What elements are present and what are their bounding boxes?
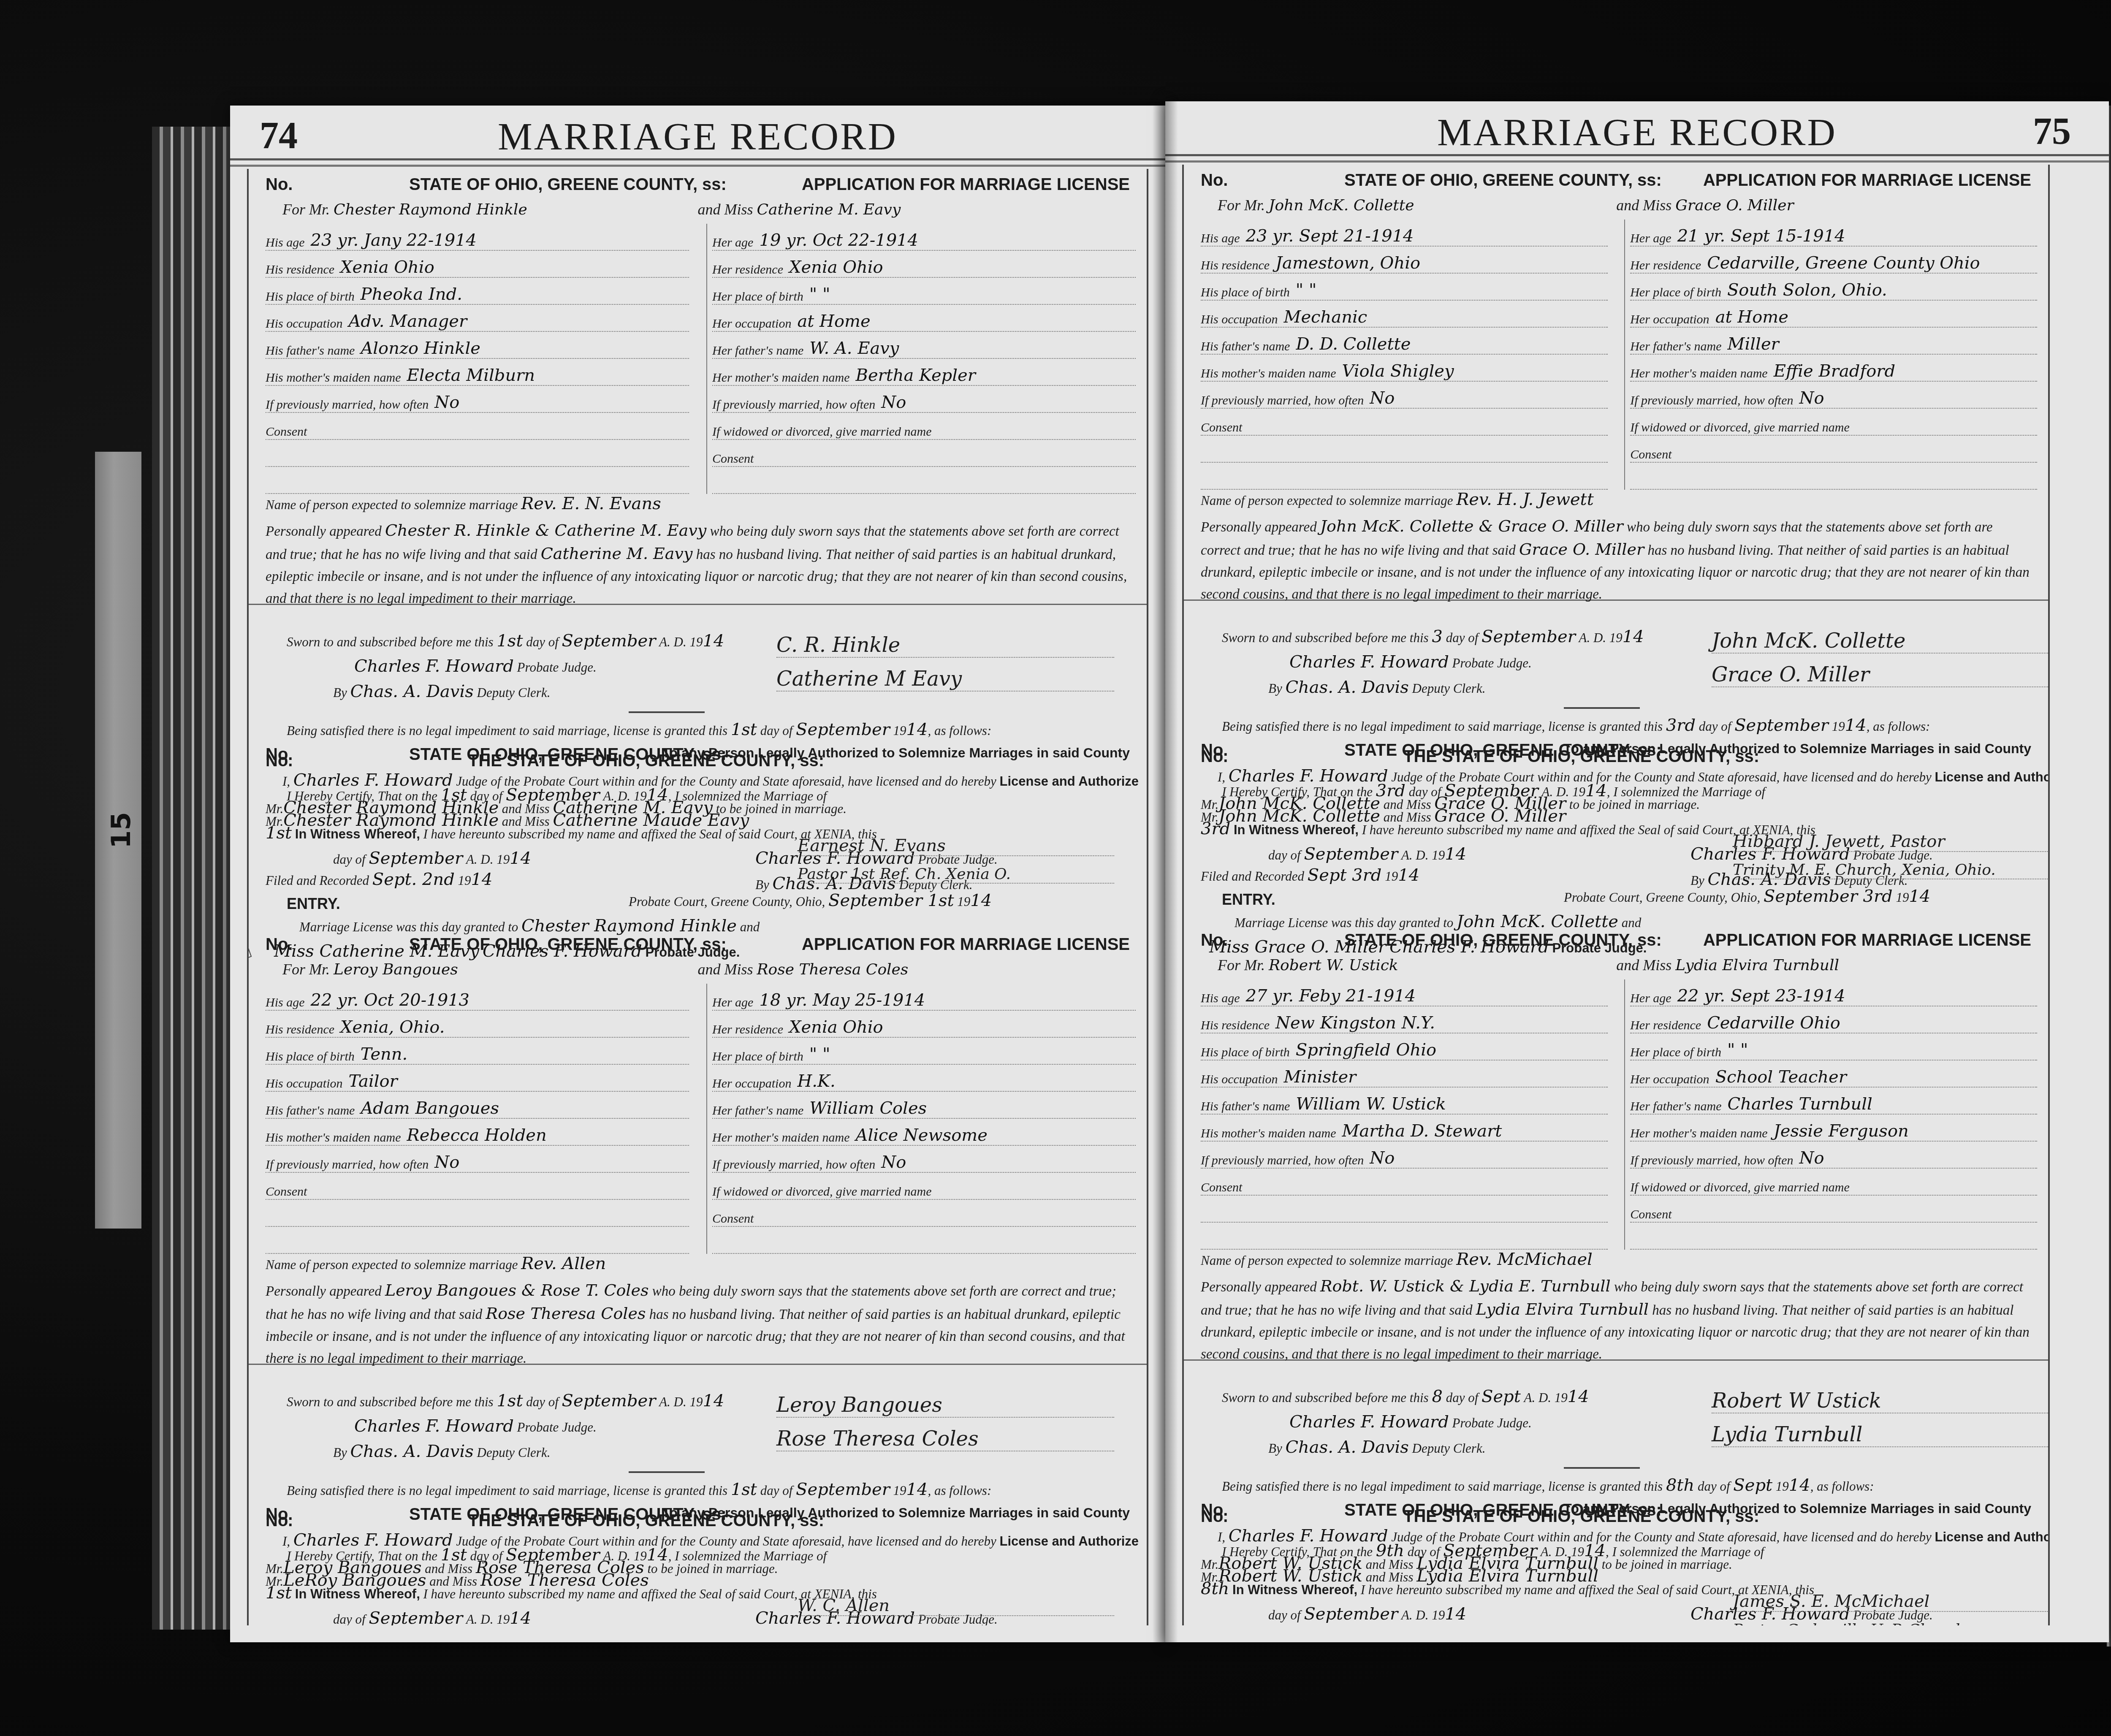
judge-signature: Charles F. Howard: [354, 656, 514, 676]
field-label: Consent: [266, 1185, 307, 1199]
field-label: His father's name: [1201, 339, 1290, 354]
field-label: Consent: [1201, 420, 1242, 435]
field-label: His residence: [1201, 1018, 1270, 1033]
field-value: at Home: [1715, 307, 1788, 327]
form-label: Deputy Clerk.: [477, 685, 551, 700]
handwritten-entry: 14: [1585, 781, 1607, 800]
groom-signature: Leroy Bangoues: [776, 1393, 1114, 1418]
form-label: Mr.: [266, 1574, 283, 1589]
form-field-row: Her age22 yr. Sept 23-1914: [1630, 979, 2037, 1006]
form-field-row: Her residenceCedarville Ohio: [1630, 1006, 2037, 1033]
handwritten-entry: 14: [703, 631, 724, 651]
applicant-fields: His age27 yr. Feby 21-1914His residenceN…: [1201, 979, 2031, 1241]
form-label: , I solemnized the Marriage of: [1607, 784, 1765, 799]
form-field-row: Her residenceXenia Ohio: [712, 1011, 1136, 1038]
applicant-fields: His age22 yr. Oct 20-1913His residenceXe…: [266, 984, 1130, 1245]
witness-date-line: day of September A. D. 1914: [333, 849, 531, 868]
field-label: His age: [1201, 231, 1240, 246]
form-label: Being satisfied there is no legal impedi…: [1222, 1479, 1663, 1494]
handwritten-entry: September: [369, 849, 463, 868]
handwritten-entry: 14: [906, 720, 928, 739]
page-header: 74 MARRIAGE RECORD: [230, 106, 1165, 156]
license-granted-line: Being satisfied there is no legal impedi…: [1222, 1476, 1874, 1495]
officiant-signature: Earnest N. Evans: [798, 836, 1114, 856]
solemnizer-name: Rev. E. N. Evans: [521, 494, 661, 513]
form-label: day of: [1698, 1479, 1730, 1494]
form-field-row: His father's nameWilliam W. Ustick: [1201, 1088, 1608, 1115]
solemnizer-line: Name of person expected to solemnize mar…: [266, 1254, 606, 1273]
book-gutter: [1153, 101, 1178, 1642]
officiant-title: Trinity M. E. Church, Xenia, Ohio.: [1733, 861, 2049, 879]
form-field-row: Consent: [1201, 1169, 1608, 1196]
field-label: Her father's name: [712, 344, 803, 358]
field-value: W. A. Eavy: [809, 339, 899, 358]
form-field-row: His father's nameAlonzo Hinkle: [266, 332, 689, 359]
judge-line: Charles F. Howard Probate Judge.: [1289, 1412, 1532, 1432]
field-value: School Teacher: [1715, 1067, 1847, 1087]
ornament-divider: [629, 711, 705, 713]
handwritten-entry: Grace O. Miller: [1434, 806, 1566, 826]
form-field-row: Her occupationH.K.: [712, 1065, 1136, 1092]
handwritten-entry: 14: [1445, 844, 1466, 864]
handwritten-entry: 14: [1584, 1541, 1606, 1560]
bride-name-wrap: and Miss Rose Theresa Coles: [697, 960, 908, 978]
field-value: Minister: [1283, 1067, 1356, 1087]
filed-line: Filed and Recorded Sept 3rd 1914: [1201, 865, 1419, 885]
handwritten-entry: September: [1444, 781, 1538, 800]
appeared-names: Leroy Bangoues & Rose T. Coles: [385, 1281, 649, 1299]
field-label: Consent: [1630, 448, 1671, 462]
form-label: 19: [1832, 719, 1845, 734]
handwritten-entry: 14: [1789, 1476, 1810, 1495]
handwritten-entry: LeRoy Bangoues: [283, 1571, 426, 1590]
form-label: By: [1268, 681, 1282, 696]
form-label: day of: [1446, 630, 1479, 645]
handwritten-entry: 1st: [731, 1480, 757, 1499]
license-authorize: License and Authorize: [1935, 1530, 2050, 1544]
officiant-signature: James S. E. McMichael: [1733, 1592, 2049, 1612]
form-field-row: His place of birthSpringfield Ohio: [1201, 1033, 1608, 1061]
form-label: A. D. 19: [603, 789, 646, 803]
form-label: , I solemnized the Marriage of: [668, 789, 827, 803]
field-value: South Solon, Ohio.: [1727, 280, 1887, 300]
couple-names: For Mr. Chester Raymond Hinkleand Miss C…: [282, 201, 1130, 218]
field-value: Bertha Kepler: [856, 366, 976, 385]
handwritten-entry: 14: [510, 849, 531, 868]
form-field-row: If widowed or divorced, give married nam…: [712, 413, 1136, 440]
affidavit-paragraph: Personally appeared Robt. W. Ustick & Ly…: [1201, 1275, 2031, 1365]
field-label: Her place of birth: [1630, 285, 1721, 300]
form-label: Personally appeared: [1201, 520, 1317, 535]
entry-date-line: Probate Court, Greene County, Ohio, Sept…: [1564, 887, 1930, 906]
field-label: Her occupation: [1630, 1072, 1709, 1087]
form-field-row: Consent: [1630, 436, 2037, 463]
field-value: No: [434, 1153, 459, 1172]
applicant-fields: His age23 yr. Sept 21-1914His residenceJ…: [1201, 220, 2031, 481]
field-label: His father's name: [1201, 1099, 1290, 1114]
form-label: , as follows:: [1867, 719, 1930, 734]
field-value: No: [434, 393, 459, 412]
form-field-row: If previously married, how oftenNo: [1630, 382, 2037, 409]
application-heading: APPLICATION FOR MARRIAGE LICENSE: [1703, 171, 2031, 190]
field-value: " ": [1296, 280, 1317, 300]
solemnizer-line: Name of person expected to solemnize mar…: [1201, 490, 1594, 509]
field-value: Electa Milburn: [407, 366, 535, 385]
form-field-row: If previously married, how oftenNo: [1201, 1142, 1608, 1169]
field-label: Her age: [712, 236, 753, 250]
officiant-signature: W. C. Allen: [798, 1596, 1114, 1616]
handwritten-entry: Chester Raymond Hinkle: [283, 811, 499, 830]
judge-line: Charles F. Howard Probate Judge.: [1289, 652, 1532, 672]
header-rule: [1165, 154, 2109, 163]
form-label: Deputy Clerk.: [1412, 1441, 1486, 1456]
form-field-row: [712, 1227, 1136, 1254]
appeared-names: Chester R. Hinkle & Catherine M. Eavy: [385, 521, 706, 540]
certify-line: I Hereby Certify, That on the 1st day of…: [287, 1545, 827, 1565]
handwritten-entry: 1st: [497, 1391, 523, 1410]
field-value: " ": [809, 285, 830, 304]
form-field-row: His age27 yr. Feby 21-1914: [1201, 979, 1608, 1006]
form-label: Probate Court, Greene County, Ohio,: [1564, 890, 1760, 905]
application-heading: APPLICATION FOR MARRIAGE LICENSE: [802, 935, 1130, 954]
form-label: 19: [893, 723, 906, 738]
the-state-heading: THE STATE OF OHIO, GREENE COUNTY, ss:: [468, 1511, 824, 1530]
couple-names: For Mr. Leroy Bangouesand Miss Rose Ther…: [282, 960, 1130, 978]
groom-fields: His age23 yr. Sept 21-1914His residenceJ…: [1201, 220, 1608, 490]
form-label: Personally appeared: [266, 1284, 382, 1299]
form-label: Name of person expected to solemnize mar…: [266, 497, 518, 512]
state-heading: STATE OF OHIO, GREENE COUNTY, ss:: [1344, 171, 1662, 190]
record-number-label: No.: [1201, 1507, 1228, 1526]
field-label: Her residence: [712, 1023, 783, 1037]
form-label: For Mr.: [282, 961, 330, 978]
field-label: Her residence: [712, 263, 783, 277]
bride-signature: Rose Theresa Coles: [776, 1427, 1114, 1451]
form-label: Sworn to and subscribed before me this: [287, 635, 494, 649]
field-value: Charles Turnbull: [1728, 1094, 1872, 1114]
form-field-row: If previously married, how oftenNo: [712, 386, 1136, 413]
field-value: 23 yr. Jany 22-1914: [311, 231, 477, 250]
form-label: Sworn to and subscribed before me this: [1222, 630, 1429, 645]
groom-fields: His age27 yr. Feby 21-1914His residenceN…: [1201, 979, 1608, 1250]
form-label: Probate Judge.: [517, 1420, 597, 1435]
form-label: day of: [1268, 848, 1301, 863]
form-label: Personally appeared: [266, 524, 382, 539]
form-field-row: Her father's nameMiller: [1630, 328, 2037, 355]
form-label: Filed and Recorded: [266, 873, 369, 888]
form-field-row: His mother's maiden nameRebecca Holden: [266, 1119, 689, 1146]
field-value: D. D. Collette: [1296, 334, 1411, 354]
record-number-label: No.: [1201, 171, 1228, 190]
form-field-row: If widowed or divorced, give married nam…: [1630, 1169, 2037, 1196]
couple-names: For Mr. John McK. Colletteand Miss Grace…: [1218, 196, 2031, 214]
field-label: Her occupation: [1630, 312, 1709, 327]
groom-signature: C. R. Hinkle: [776, 633, 1114, 658]
field-label: His place of birth: [1201, 285, 1290, 300]
form-field-row: [1201, 463, 1608, 490]
field-label: If previously married, how often: [1630, 393, 1793, 408]
field-label: His age: [1201, 991, 1240, 1006]
form-label: Being satisfied there is no legal impedi…: [287, 723, 727, 738]
form-field-row: Her place of birth" ": [712, 1038, 1136, 1065]
field-label: If widowed or divorced, give married nam…: [712, 425, 932, 439]
appeared-names: John McK. Collette & Grace O. Miller: [1320, 517, 1623, 535]
form-field-row: Her residenceCedarville, Greene County O…: [1630, 247, 2037, 274]
field-value: 18 yr. May 25-1914: [759, 990, 925, 1010]
handwritten-entry: 1st: [497, 631, 523, 651]
handwritten-entry: 8: [1432, 1387, 1442, 1406]
witness-date-line: day of September A. D. 1914: [333, 1609, 531, 1625]
state-heading: STATE OF OHIO, GREENE COUNTY, ss:: [1344, 931, 1662, 950]
handwritten-entry: September: [506, 1545, 600, 1565]
certify-line: I Hereby Certify, That on the 3rd day of…: [1222, 781, 1765, 800]
handwritten-entry: September: [1443, 1541, 1537, 1560]
handwritten-entry: 14: [703, 1391, 724, 1410]
handwritten-entry: 1st: [731, 720, 757, 739]
form-label: Personally appeared: [1201, 1280, 1317, 1295]
license-granted-line: Being satisfied there is no legal impedi…: [1222, 716, 1930, 735]
field-label: If widowed or divorced, give married nam…: [712, 1185, 932, 1199]
field-label: If previously married, how often: [1630, 1153, 1793, 1168]
certify-line: I Hereby Certify, That on the 9th day of…: [1222, 1541, 1764, 1560]
ledger-page-74: 74 MARRIAGE RECORD No.STATE OF OHIO, GRE…: [230, 106, 1165, 1642]
field-label: If widowed or divorced, give married nam…: [1630, 1180, 1850, 1195]
field-label: His place of birth: [1201, 1045, 1290, 1060]
form-label: and Miss: [1616, 197, 1671, 214]
groom-name: Leroy Bangoues: [334, 961, 458, 978]
handwritten-entry: 14: [647, 785, 668, 805]
form-field-row: Her age19 yr. Oct 22-1914: [712, 224, 1136, 251]
page-frame: No.STATE OF OHIO, GREENE COUNTY, ss:APPL…: [247, 169, 1148, 1625]
field-label: If previously married, how often: [1201, 393, 1364, 408]
the-state-heading: THE STATE OF OHIO, GREENE COUNTY, ss:: [468, 751, 824, 770]
license-authorize: License and Authorize: [1000, 774, 1139, 789]
handwritten-entry: 9th: [1376, 1541, 1404, 1560]
handwritten-entry: September: [1304, 844, 1398, 864]
form-label: , as follows:: [928, 1483, 992, 1498]
clerk-line: By Chas. A. Davis Deputy Clerk.: [1268, 678, 1485, 697]
field-label: Her father's name: [1630, 339, 1721, 354]
field-label: His mother's maiden name: [1201, 366, 1336, 381]
solemnizer-line: Name of person expected to solemnize mar…: [1201, 1250, 1593, 1269]
form-label: day of: [760, 1483, 793, 1498]
sworn-line: Sworn to and subscribed before me this 1…: [287, 631, 724, 651]
handwritten-entry: 14: [1845, 716, 1867, 735]
page-title: MARRIAGE RECORD: [1165, 110, 2109, 155]
solemnizer-line: Name of person expected to solemnize mar…: [266, 494, 661, 513]
field-label: If previously married, how often: [712, 1158, 875, 1172]
field-label: If previously married, how often: [266, 1158, 429, 1172]
field-value: Tenn.: [361, 1044, 407, 1064]
field-value: Martha D. Stewart: [1342, 1121, 1502, 1141]
handwritten-entry: September: [562, 631, 656, 651]
form-field-row: His age23 yr. Jany 22-1914: [266, 224, 689, 251]
handwritten-entry: 14: [1445, 1604, 1466, 1624]
state-heading: STATE OF OHIO, GREENE COUNTY, ss:: [409, 935, 727, 954]
said-bride: Rose Theresa Coles: [486, 1304, 646, 1323]
form-label: day of: [1268, 1608, 1301, 1622]
field-value: No: [881, 393, 906, 412]
license-authorize: License and Authorize: [1000, 1534, 1139, 1549]
field-value: No: [881, 1153, 906, 1172]
record-number-label: No.: [1201, 931, 1228, 950]
form-field-row: If widowed or divorced, give married nam…: [1630, 409, 2037, 436]
field-value: William W. Ustick: [1296, 1094, 1446, 1114]
form-field-row: [266, 440, 689, 467]
groom-name: Chester Raymond Hinkle: [334, 201, 527, 218]
officiant-title: Pastor Cedarville U. P. Church: [1733, 1621, 2049, 1625]
handwritten-entry: 14: [970, 891, 992, 910]
form-label: Mr.: [1201, 810, 1218, 825]
marriage-record: No.STATE OF OHIO, GREENE COUNTY, ss:APPL…: [1184, 165, 2048, 878]
the-state-heading: THE STATE OF OHIO, GREENE COUNTY, ss:: [1403, 747, 1759, 766]
form-label: A. D. 19: [466, 852, 510, 867]
form-label: Mr.: [1201, 1570, 1218, 1584]
applicant-fields: His age23 yr. Jany 22-1914His residenceX…: [266, 224, 1130, 486]
field-label: Her age: [1630, 231, 1671, 246]
form-field-row: If previously married, how oftenNo: [1630, 1142, 2037, 1169]
field-label: Consent: [712, 1212, 754, 1226]
said-bride: Grace O. Miller: [1519, 540, 1644, 559]
clerk-line: By Chas. A. Davis Deputy Clerk.: [333, 1442, 550, 1461]
judge-line: Charles F. Howard Probate Judge.: [354, 656, 597, 676]
field-label: Consent: [1201, 1180, 1242, 1195]
field-value: Viola Shigley: [1342, 361, 1454, 381]
field-value: Jamestown, Ohio: [1275, 253, 1420, 273]
form-label: and Miss: [697, 961, 753, 978]
form-label: and Miss: [1616, 957, 1671, 974]
field-label: His father's name: [266, 344, 355, 358]
form-field-row: His mother's maiden nameElecta Milburn: [266, 359, 689, 386]
affidavit-paragraph: Personally appeared Chester R. Hinkle & …: [266, 519, 1130, 610]
form-label: day of: [526, 635, 559, 649]
judge-signature: Charles F. Howard: [1289, 1412, 1449, 1432]
bride-name: Grace O. Miller: [1675, 197, 1794, 214]
form-label: and Miss: [502, 814, 550, 829]
field-value: Xenia Ohio: [340, 258, 434, 277]
form-field-row: If previously married, how oftenNo: [1201, 382, 1608, 409]
field-label: His mother's maiden name: [1201, 1126, 1336, 1141]
sworn-line: Sworn to and subscribed before me this 8…: [1222, 1387, 1589, 1406]
entry-heading: ENTRY.: [1222, 891, 1275, 909]
form-label: A. D. 19: [1542, 784, 1585, 799]
handwritten-entry: John McK. Collette: [1218, 806, 1380, 826]
form-field-row: If previously married, how oftenNo: [266, 386, 689, 413]
judge-signature: Charles F. Howard: [1289, 652, 1449, 672]
record-number-label: No.: [266, 935, 293, 954]
officiant-title: Pastor 1st Ref. Ch. Xenia O.: [798, 865, 1114, 884]
form-field-row: Consent: [712, 1200, 1136, 1227]
form-label: day of: [470, 1549, 503, 1563]
handwritten-entry: September: [506, 785, 600, 805]
form-field-row: [1630, 463, 2037, 490]
form-label: I Hereby Certify, That on the: [1222, 784, 1373, 799]
handwritten-entry: 14: [510, 1609, 531, 1625]
record-number-label: No.: [266, 175, 293, 194]
form-field-row: His residenceXenia Ohio: [266, 251, 689, 278]
field-label: Consent: [266, 425, 307, 439]
form-label: day of: [1409, 784, 1441, 799]
field-value: 19 yr. Oct 22-1914: [759, 231, 918, 250]
handwritten-entry: Robert W. Ustick: [1218, 1566, 1362, 1586]
form-field-row: [1630, 1223, 2037, 1250]
form-field-row: His residenceNew Kingston N.Y.: [1201, 1006, 1608, 1033]
form-field-row: Her mother's maiden nameBertha Kepler: [712, 359, 1136, 386]
affidavit-paragraph: Personally appeared Leroy Bangoues & Ros…: [266, 1279, 1130, 1370]
certify-couple-line: Mr.Robert W. Ustick and Miss Lydia Elvir…: [1201, 1566, 1598, 1586]
form-label: Sworn to and subscribed before me this: [287, 1394, 494, 1409]
groom-signature: John McK. Collette: [1712, 629, 2049, 654]
field-value: Pheoka Ind.: [361, 285, 462, 304]
form-label: I Hereby Certify, That on the: [287, 789, 437, 803]
form-field-row: Her occupationat Home: [712, 305, 1136, 332]
bride-name-wrap: and Miss Lydia Elvira Turnbull: [1616, 956, 1839, 974]
license-granted-line: Being satisfied there is no legal impedi…: [287, 1480, 991, 1499]
bride-name-wrap: and Miss Catherine M. Eavy: [697, 201, 901, 218]
bride-name: Rose Theresa Coles: [757, 961, 908, 978]
form-label: 19: [1896, 890, 1909, 905]
form-label: day of: [470, 789, 503, 803]
field-value: Cedarville, Greene County Ohio: [1707, 253, 1980, 273]
solemnizer-name: Rev. H. J. Jewett: [1456, 490, 1594, 509]
form-label: A. D. 19: [1579, 630, 1623, 645]
form-label: By: [1268, 1441, 1282, 1456]
form-label: A. D. 19: [1524, 1390, 1568, 1405]
field-label: Her place of birth: [712, 290, 803, 304]
form-label: day of: [333, 852, 366, 867]
appeared-names: Robt. W. Ustick & Lydia E. Turnbull: [1320, 1277, 1611, 1295]
certify-line: I Hereby Certify, That on the 1st day of…: [287, 785, 827, 805]
form-label: By: [755, 877, 769, 892]
groom-fields: His age23 yr. Jany 22-1914His residenceX…: [266, 224, 689, 494]
groom-signature: Robert W Ustick: [1712, 1389, 2049, 1413]
field-value: " ": [809, 1044, 830, 1064]
form-label: A. D. 19: [659, 1394, 703, 1409]
field-label: Her residence: [1630, 1018, 1701, 1033]
form-label: A. D. 19: [1541, 1544, 1584, 1559]
field-label: Her occupation: [712, 317, 791, 331]
field-value: Rebecca Holden: [407, 1126, 547, 1145]
form-label: day of: [333, 1612, 366, 1625]
bride-signature: Lydia Turnbull: [1712, 1423, 2049, 1447]
license-authorize: License and Authorize: [1935, 770, 2050, 784]
form-label: Sworn to and subscribed before me this: [1222, 1390, 1429, 1405]
handwritten-entry: Sept: [1481, 1387, 1521, 1406]
form-label: I Hereby Certify, That on the: [287, 1549, 437, 1563]
sworn-line: Sworn to and subscribed before me this 3…: [1222, 627, 1644, 646]
judge-signature: Charles F. Howard: [354, 1416, 514, 1436]
form-field-row: Consent: [266, 413, 689, 440]
form-label: 19: [893, 1483, 906, 1498]
license-granted-line: Being satisfied there is no legal impedi…: [287, 720, 991, 739]
form-label: 19: [458, 873, 471, 888]
officiant-signature: Hibbard J. Jewett, Pastor: [1733, 832, 2049, 852]
handwritten-entry: 14: [471, 870, 493, 889]
form-label: , as follows:: [928, 723, 992, 738]
field-value: Xenia Ohio: [789, 258, 883, 277]
form-label: For Mr.: [282, 201, 330, 218]
form-field-row: If widowed or divorced, give married nam…: [712, 1173, 1136, 1200]
handwritten-entry: 14: [1909, 887, 1930, 906]
field-label: His residence: [266, 1023, 334, 1037]
field-value: 22 yr. Sept 23-1914: [1677, 986, 1845, 1006]
handwritten-entry: September: [369, 1609, 463, 1625]
form-field-row: Her age21 yr. Sept 15-1914: [1630, 220, 2037, 247]
form-label: Name of person expected to solemnize mar…: [1201, 493, 1453, 508]
field-value: Mechanic: [1283, 307, 1367, 327]
application-heading: APPLICATION FOR MARRIAGE LICENSE: [802, 175, 1130, 194]
form-field-row: Her father's nameW. A. Eavy: [712, 332, 1136, 359]
